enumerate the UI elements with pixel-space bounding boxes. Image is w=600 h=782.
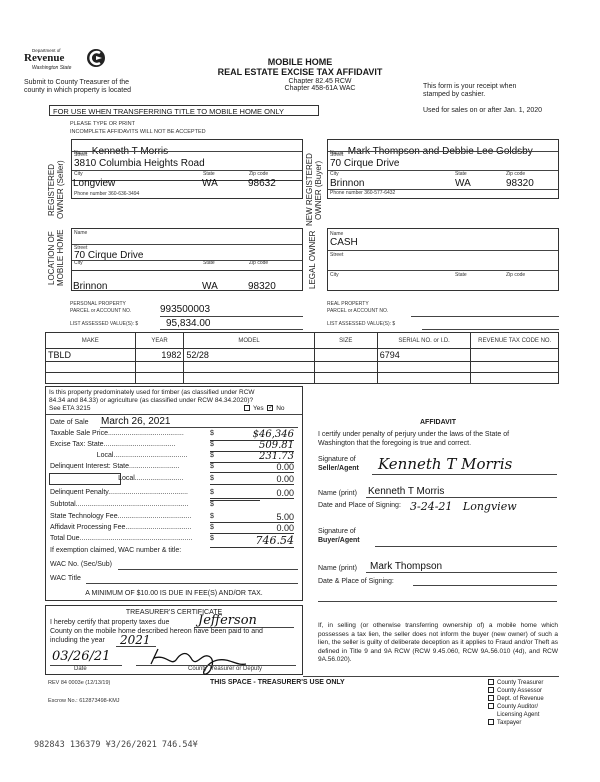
seller-section-label: REGISTEREDOWNER (Seller) <box>47 150 67 230</box>
buyer-date-place[interactable] <box>413 585 557 586</box>
buyer-street[interactable]: 70 Cirque Drive <box>330 158 399 169</box>
escrow-number: Escrow No.: 612873498-KMJ <box>48 698 120 704</box>
fee-delinquent-penalty: Delinquent Penalty......................… <box>50 489 294 500</box>
date-of-sale[interactable]: March 26, 2021 <box>101 416 171 427</box>
treasurer-use-heading: THIS SPACE - TREASURER'S USE ONLY <box>210 679 345 686</box>
real-assessed-label: LIST ASSESSED VALUE(S): $ <box>327 321 395 327</box>
fee-total-due: Total Due...............................… <box>50 535 294 546</box>
rev-code: REV 84 0003e (12/13/19) <box>48 680 110 686</box>
dist-county-treasurer-checkbox[interactable] <box>488 679 494 685</box>
submit-note: Submit to County Treasurer of the county… <box>24 79 131 95</box>
use-banner: FOR USE WHEN TRANSFERRING TITLE TO MOBIL… <box>49 105 319 116</box>
seller-signature[interactable]: Kenneth T Morris <box>378 455 512 473</box>
receipt-stamp: 982843 136379 ¥3/26/2021 746.54¥ <box>34 740 198 750</box>
buyer-section-label: NEW REGISTEREDOWNER (Buyer) <box>305 150 325 230</box>
treasurer-certificate: TREASURER'S CERTIFICATE I hereby certify… <box>45 605 303 675</box>
instructions: PLEASE TYPE OR PRINT INCOMPLETE AFFIDAVI… <box>70 120 206 136</box>
dist-taxpayer-checkbox[interactable] <box>488 719 494 725</box>
buyer-state[interactable]: WA <box>455 178 471 189</box>
personal-assessed-value[interactable]: 95,834.00 <box>166 318 211 329</box>
treasurer-date[interactable]: 03/26/21 <box>52 649 110 664</box>
affidavit-certify: I certify under penalty of perjury under… <box>318 430 509 448</box>
personal-parcel-value[interactable]: 993500003 <box>160 304 210 315</box>
seller-date-place[interactable]: 3-24-21 Longview <box>410 500 517 513</box>
buyer-box: Name Mark Thompson and Debbie Lee Goldsb… <box>327 139 559 199</box>
location-frame <box>71 228 303 291</box>
dist-county-assessor-checkbox[interactable] <box>488 687 494 693</box>
legal-owner-box: Name CASH Street City State Zip code <box>327 228 559 291</box>
buyer-phone[interactable]: 360-577-6432 <box>364 190 395 196</box>
dor-logo-icon <box>86 48 106 68</box>
legal-owner-name[interactable]: CASH <box>330 237 358 248</box>
fee-delinquent-interest-local: Local.........................$ 0.00 <box>50 475 294 486</box>
personal-property: PERSONAL PROPERTY PARCEL or ACCOUNT NO. <box>70 301 131 315</box>
fee-subtotal: Subtotal................................… <box>50 501 294 512</box>
buyer-print-name[interactable]: Mark Thompson <box>370 561 442 572</box>
wac-title-input[interactable] <box>86 583 298 584</box>
timber-no-checkbox[interactable] <box>267 405 273 411</box>
seller-frame <box>71 139 303 199</box>
dist-dept-revenue-checkbox[interactable] <box>488 695 494 701</box>
buyer-signature[interactable] <box>375 546 557 547</box>
personal-assessed-label: LIST ASSESSED VALUE(S): $ <box>70 321 138 327</box>
wac-no-input[interactable] <box>118 569 298 570</box>
dor-logo: Department of Revenue Washington State <box>24 48 104 78</box>
lien-warning: If, in selling (or otherwise transferrin… <box>318 622 558 665</box>
table-row <box>46 362 559 373</box>
buyer-city[interactable]: Brinnon <box>330 178 364 189</box>
used-for-note: Used for sales on or after Jan. 1, 2020 <box>423 107 542 114</box>
table-row: TBLD 1982 52/28 6794 <box>46 349 559 362</box>
affidavit-heading: AFFIDAVIT <box>420 419 456 426</box>
form-title: MOBILE HOME REAL ESTATE EXCISE TAX AFFID… <box>200 57 400 92</box>
table-header-row: MAKE YEAR MODEL SIZE SERIAL NO. or I.D. … <box>46 333 559 349</box>
distribution-list: County Treasurer County Assessor Dept. o… <box>488 679 544 727</box>
legal-owner-section-label: LEGAL OWNER <box>308 230 322 290</box>
timber-yes-checkbox[interactable] <box>244 405 250 411</box>
location-section-label: LOCATION OFMOBILE HOME <box>47 228 67 288</box>
real-property: REAL PROPERTY PARCEL or ACCOUNT NO. <box>327 301 388 315</box>
mobile-home-table: MAKE YEAR MODEL SIZE SERIAL NO. or I.D. … <box>45 332 559 384</box>
sale-panel: Is this property predominately used for … <box>45 386 303 601</box>
table-row <box>46 373 559 384</box>
dist-county-auditor-checkbox[interactable] <box>488 703 494 709</box>
receipt-note: This form is your receipt when stamped b… <box>423 83 516 99</box>
logo-state: Washington State <box>32 65 71 71</box>
seller-print-name[interactable]: Kenneth T Morris <box>368 486 444 497</box>
minimum-note: A MINIMUM OF $10.00 IS DUE IN FEE(S) AND… <box>46 590 302 597</box>
logo-name: Revenue <box>24 52 64 64</box>
treasurer-county[interactable]: Jefferson <box>198 613 257 628</box>
buyer-zip[interactable]: 98320 <box>506 178 534 189</box>
